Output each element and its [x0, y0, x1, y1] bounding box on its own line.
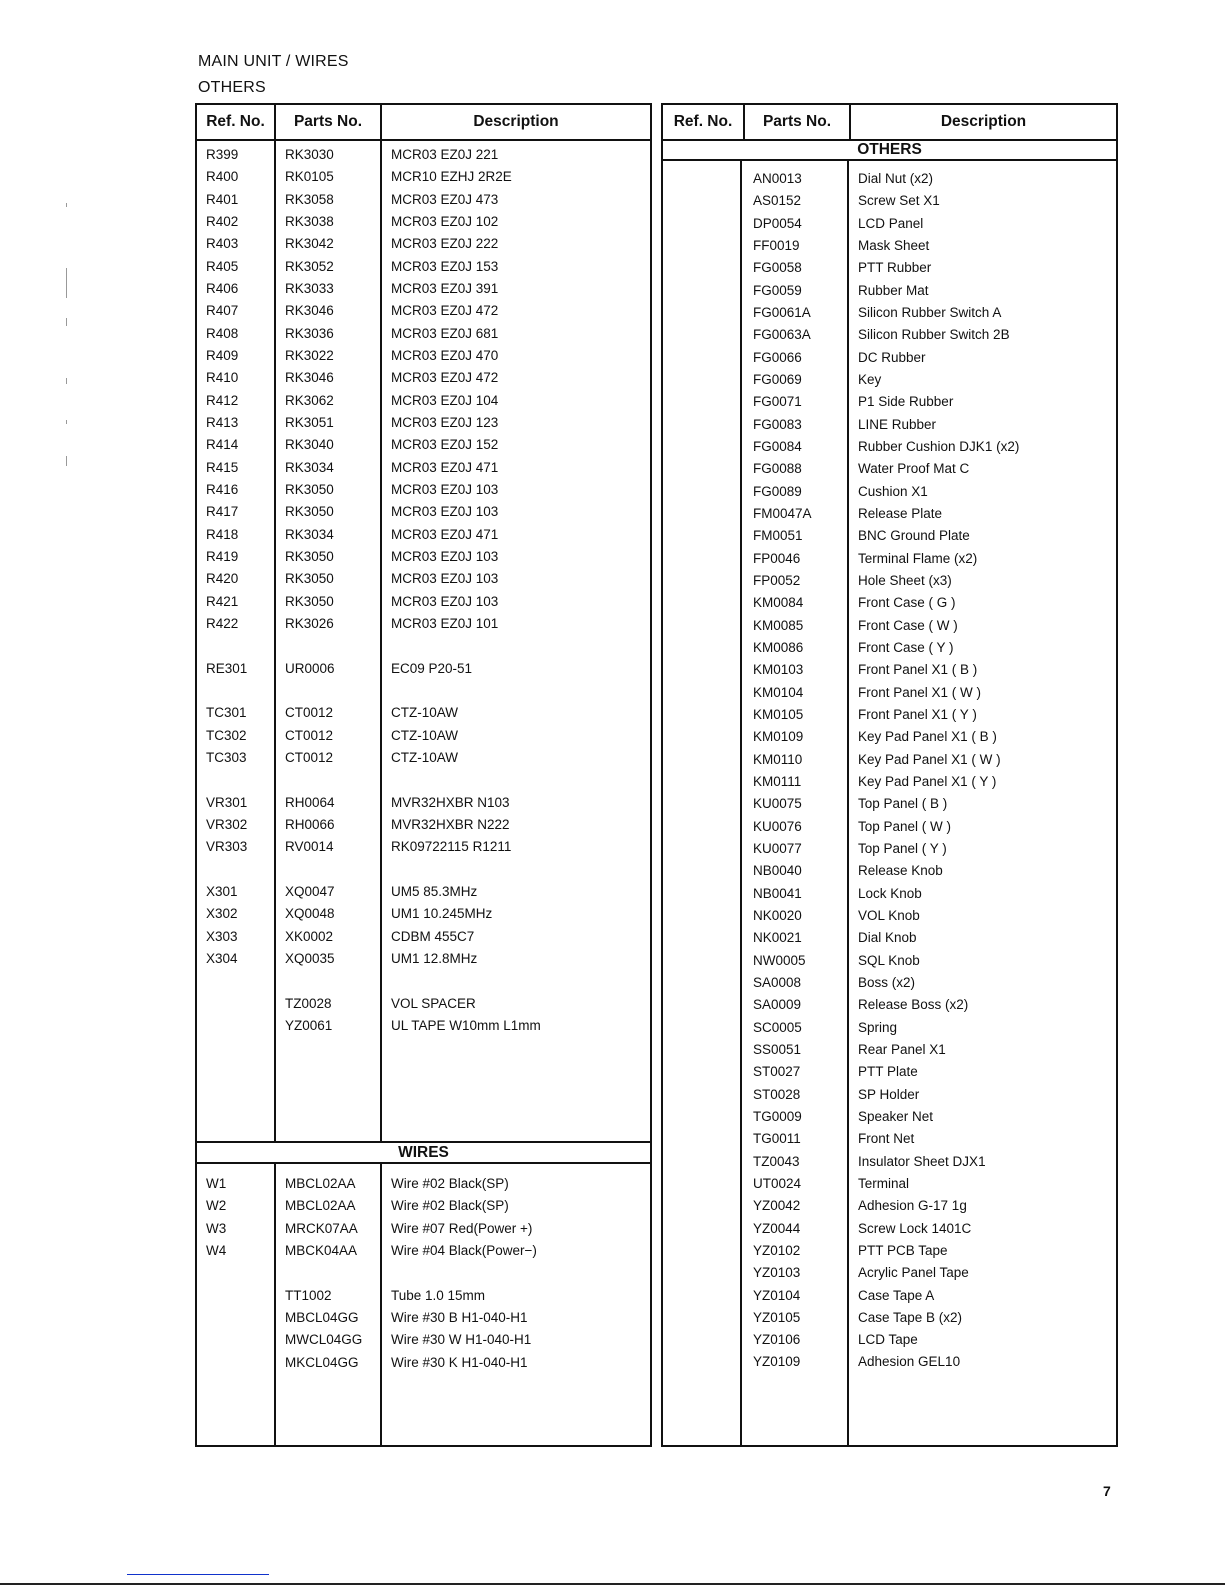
ref-no-cell: R408: [206, 323, 238, 345]
table-row: X301XQ0047UM5 85.3MHz: [197, 881, 650, 903]
table-row: DP0054LCD Panel: [663, 213, 1116, 235]
table-row: YZ0105Case Tape B (x2): [663, 1307, 1116, 1329]
ref-no-cell: R418: [206, 524, 238, 546]
parts-no-cell: KM0110: [753, 749, 802, 771]
description-cell: Acrylic Panel Tape: [858, 1262, 969, 1284]
table-row: [197, 970, 650, 992]
table-row: SA0009Release Boss (x2): [663, 994, 1116, 1016]
parts-no-cell: RH0066: [285, 814, 335, 836]
description-cell: Insulator Sheet DJX1: [858, 1151, 986, 1173]
table-row: KM0084Front Case ( G ): [663, 592, 1116, 614]
description-cell: MCR03 EZ0J 123: [391, 412, 498, 434]
description-cell: BNC Ground Plate: [858, 525, 970, 547]
parts-table-right: Ref. No. Parts No. Description OTHERS AN…: [661, 103, 1118, 1447]
table-row: FG0058PTT Rubber: [663, 257, 1116, 279]
table-row: NB0040Release Knob: [663, 860, 1116, 882]
table-row: TZ0043Insulator Sheet DJX1: [663, 1151, 1116, 1173]
description-cell: Key Pad Panel X1 ( W ): [858, 749, 1001, 771]
parts-no-cell: RK3022: [285, 345, 334, 367]
parts-no-cell: RH0064: [285, 792, 335, 814]
table-row: MWCL04GGWire #30 W H1-040-H1: [197, 1329, 650, 1351]
table-row: R408RK3036MCR03 EZ0J 681: [197, 323, 650, 345]
table-row: R418RK3034MCR03 EZ0J 471: [197, 524, 650, 546]
description-cell: VOL Knob: [858, 905, 920, 927]
table-row: KM0105Front Panel X1 ( Y ): [663, 704, 1116, 726]
description-cell: Wire #30 K H1-040-H1: [391, 1352, 528, 1374]
parts-no-cell: SS0051: [753, 1039, 801, 1061]
table-row: [197, 769, 650, 791]
ref-no-cell: R415: [206, 457, 238, 479]
description-cell: MCR03 EZ0J 153: [391, 256, 498, 278]
description-cell: Cushion X1: [858, 481, 928, 503]
table-row: NB0041Lock Knob: [663, 883, 1116, 905]
table-row: TC303CT0012CTZ-10AW: [197, 747, 650, 769]
table-row: R410RK3046MCR03 EZ0J 472: [197, 367, 650, 389]
description-cell: CTZ-10AW: [391, 747, 458, 769]
description-cell: Tube 1.0 15mm: [391, 1285, 485, 1307]
table-row: FG0083LINE Rubber: [663, 414, 1116, 436]
link-underline: [127, 1574, 269, 1575]
description-cell: Screw Lock 1401C: [858, 1218, 971, 1240]
parts-no-cell: RK3050: [285, 591, 334, 613]
ref-no-cell: R400: [206, 166, 238, 188]
table-row: AN0013Dial Nut (x2): [663, 168, 1116, 190]
parts-no-cell: UT0024: [753, 1173, 801, 1195]
parts-no-cell: FG0063A: [753, 324, 811, 346]
description-cell: UL TAPE W10mm L1mm: [391, 1015, 541, 1037]
description-cell: MCR03 EZ0J 103: [391, 591, 498, 613]
table-row: FP0052Hole Sheet (x3): [663, 570, 1116, 592]
table-row: KM0109Key Pad Panel X1 ( B ): [663, 726, 1116, 748]
ref-no-cell: R414: [206, 434, 238, 456]
description-cell: Silicon Rubber Switch A: [858, 302, 1001, 324]
parts-no-cell: FP0052: [753, 570, 800, 592]
ref-no-cell: RE301: [206, 658, 247, 680]
parts-no-cell: FG0066: [753, 347, 802, 369]
ref-no-cell: X301: [206, 881, 238, 903]
parts-no-cell: KM0111: [753, 771, 801, 793]
table-row: NW0005SQL Knob: [663, 950, 1116, 972]
description-cell: Terminal Flame (x2): [858, 548, 977, 570]
ref-no-cell: VR301: [206, 792, 247, 814]
table-row: FG0088Water Proof Mat C: [663, 458, 1116, 480]
description-cell: MCR03 EZ0J 102: [391, 211, 498, 233]
parts-no-cell: TT1002: [285, 1285, 332, 1307]
table-row: R412RK3062MCR03 EZ0J 104: [197, 390, 650, 412]
parts-no-cell: FG0089: [753, 481, 802, 503]
parts-no-cell: RK3050: [285, 568, 334, 590]
table-row: R401RK3058MCR03 EZ0J 473: [197, 189, 650, 211]
table-row: R400RK0105MCR10 EZHJ 2R2E: [197, 166, 650, 188]
table-row: TG0009Speaker Net: [663, 1106, 1116, 1128]
description-cell: Key: [858, 369, 881, 391]
parts-no-cell: RK3030: [285, 144, 334, 166]
table-row: FG0066DC Rubber: [663, 347, 1116, 369]
table-row: YZ0106LCD Tape: [663, 1329, 1116, 1351]
parts-no-cell: RK3026: [285, 613, 334, 635]
column-header-ref-no: Ref. No.: [663, 105, 743, 139]
table-row: YZ0042Adhesion G-17 1g: [663, 1195, 1116, 1217]
table-row: NK0021Dial Knob: [663, 927, 1116, 949]
table-row: FG0069Key: [663, 369, 1116, 391]
parts-no-cell: FG0058: [753, 257, 802, 279]
description-cell: UM1 10.245MHz: [391, 903, 492, 925]
ref-no-cell: R403: [206, 233, 238, 255]
table-row: R419RK3050MCR03 EZ0J 103: [197, 546, 650, 568]
parts-no-cell: TG0009: [753, 1106, 802, 1128]
parts-no-cell: FF0019: [753, 235, 800, 257]
table-row: YZ0104Case Tape A: [663, 1285, 1116, 1307]
description-cell: EC09 P20-51: [391, 658, 472, 680]
description-cell: P1 Side Rubber: [858, 391, 953, 413]
description-cell: Front Case ( Y ): [858, 637, 954, 659]
margin-mark: [66, 378, 67, 384]
description-cell: Front Net: [858, 1128, 914, 1150]
description-cell: MCR03 EZ0J 104: [391, 390, 498, 412]
parts-no-cell: SA0009: [753, 994, 801, 1016]
description-cell: MCR03 EZ0J 472: [391, 367, 498, 389]
parts-no-cell: KU0075: [753, 793, 802, 815]
parts-no-cell: RK3050: [285, 479, 334, 501]
parts-no-cell: RK3050: [285, 546, 334, 568]
table-row: R407RK3046MCR03 EZ0J 472: [197, 300, 650, 322]
parts-no-cell: KU0077: [753, 838, 802, 860]
parts-no-cell: YZ0061: [285, 1015, 332, 1037]
description-cell: Dial Nut (x2): [858, 168, 933, 190]
description-cell: Front Panel X1 ( B ): [858, 659, 977, 681]
ref-no-cell: W1: [206, 1173, 226, 1195]
table-row: R421RK3050MCR03 EZ0J 103: [197, 591, 650, 613]
parts-no-cell: MRCK07AA: [285, 1218, 358, 1240]
ref-no-cell: R422: [206, 613, 238, 635]
ref-no-cell: R401: [206, 189, 238, 211]
description-cell: MCR03 EZ0J 103: [391, 501, 498, 523]
table-row: R399RK3030MCR03 EZ0J 221: [197, 144, 650, 166]
column-header-parts-no: Parts No.: [276, 105, 380, 139]
table-row: FP0046Terminal Flame (x2): [663, 548, 1116, 570]
description-cell: Front Panel X1 ( Y ): [858, 704, 977, 726]
table-row: R402RK3038MCR03 EZ0J 102: [197, 211, 650, 233]
table-row: W3MRCK07AAWire #07 Red(Power +): [197, 1218, 650, 1240]
table-row: X302XQ0048UM1 10.245MHz: [197, 903, 650, 925]
ref-no-cell: W3: [206, 1218, 226, 1240]
description-cell: Wire #04 Black(Power−): [391, 1240, 537, 1262]
table-row: [197, 635, 650, 657]
parts-no-cell: FG0061A: [753, 302, 811, 324]
parts-no-cell: RK3046: [285, 367, 334, 389]
description-cell: UM1 12.8MHz: [391, 948, 477, 970]
parts-no-cell: YZ0102: [753, 1240, 800, 1262]
parts-no-cell: XQ0035: [285, 948, 335, 970]
table-row: W2MBCL02AAWire #02 Black(SP): [197, 1195, 650, 1217]
parts-no-cell: YZ0042: [753, 1195, 800, 1217]
parts-no-cell: KM0109: [753, 726, 803, 748]
description-cell: Front Panel X1 ( W ): [858, 682, 981, 704]
parts-no-cell: AS0152: [753, 190, 801, 212]
parts-no-cell: RV0014: [285, 836, 334, 858]
parts-no-cell: YZ0109: [753, 1351, 800, 1373]
description-cell: UM5 85.3MHz: [391, 881, 477, 903]
table-row: ST0027PTT Plate: [663, 1061, 1116, 1083]
margin-mark: [66, 318, 67, 326]
description-cell: MVR32HXBR N103: [391, 792, 510, 814]
table-row: YZ0103Acrylic Panel Tape: [663, 1262, 1116, 1284]
description-cell: MCR03 EZ0J 101: [391, 613, 498, 635]
ref-no-cell: R399: [206, 144, 238, 166]
ref-no-cell: W4: [206, 1240, 226, 1262]
description-cell: RK09722115 R1211: [391, 836, 511, 858]
table-row: [197, 1262, 650, 1284]
description-cell: CDBM 455C7: [391, 926, 474, 948]
parts-no-cell: CT0012: [285, 725, 333, 747]
page-number: 7: [1103, 1483, 1111, 1499]
parts-no-cell: FM0051: [753, 525, 803, 547]
table-row: W1MBCL02AAWire #02 Black(SP): [197, 1173, 650, 1195]
table-row: FG0071P1 Side Rubber: [663, 391, 1116, 413]
ref-no-cell: R402: [206, 211, 238, 233]
table-row: AS0152Screw Set X1: [663, 190, 1116, 212]
parts-no-cell: RK0105: [285, 166, 334, 188]
parts-no-cell: SC0005: [753, 1017, 802, 1039]
description-cell: Wire #07 Red(Power +): [391, 1218, 532, 1240]
ref-no-cell: R405: [206, 256, 238, 278]
parts-no-cell: CT0012: [285, 702, 333, 724]
parts-no-cell: RK3040: [285, 434, 334, 456]
parts-no-cell: XQ0048: [285, 903, 335, 925]
parts-no-cell: FG0088: [753, 458, 802, 480]
table-row: SA0008Boss (x2): [663, 972, 1116, 994]
description-cell: MCR03 EZ0J 103: [391, 479, 498, 501]
ref-no-cell: VR302: [206, 814, 247, 836]
column-header-ref-no: Ref. No.: [197, 105, 274, 139]
description-cell: Wire #30 B H1-040-H1: [391, 1307, 528, 1329]
table-row: KM0110Key Pad Panel X1 ( W ): [663, 749, 1116, 771]
parts-no-cell: MWCL04GG: [285, 1329, 362, 1351]
parts-no-cell: RK3042: [285, 233, 334, 255]
description-cell: Dial Knob: [858, 927, 917, 949]
parts-no-cell: NK0020: [753, 905, 802, 927]
description-cell: MCR03 EZ0J 222: [391, 233, 498, 255]
description-cell: MCR03 EZ0J 470: [391, 345, 498, 367]
description-cell: Adhesion G-17 1g: [858, 1195, 967, 1217]
parts-no-cell: FG0059: [753, 280, 802, 302]
table-row: KU0076Top Panel ( W ): [663, 816, 1116, 838]
table-row: R420RK3050MCR03 EZ0J 103: [197, 568, 650, 590]
description-cell: SP Holder: [858, 1084, 919, 1106]
description-cell: Silicon Rubber Switch 2B: [858, 324, 1010, 346]
description-cell: VOL SPACER: [391, 993, 476, 1015]
ref-no-cell: R407: [206, 300, 238, 322]
description-cell: Spring: [858, 1017, 897, 1039]
margin-mark: [66, 203, 67, 207]
table-row: KM0103Front Panel X1 ( B ): [663, 659, 1116, 681]
parts-no-cell: RK3052: [285, 256, 334, 278]
ref-no-cell: X302: [206, 903, 238, 925]
parts-no-cell: KM0104: [753, 682, 803, 704]
column-header-parts-no: Parts No.: [745, 105, 849, 139]
description-cell: MCR03 EZ0J 472: [391, 300, 498, 322]
section-title: MAIN UNIT / WIRES: [198, 53, 349, 71]
parts-no-cell: KM0085: [753, 615, 803, 637]
description-cell: Screw Set X1: [858, 190, 940, 212]
ref-no-cell: VR303: [206, 836, 247, 858]
table-row: FG0089Cushion X1: [663, 481, 1116, 503]
description-cell: DC Rubber: [858, 347, 926, 369]
table-row: R405RK3052MCR03 EZ0J 153: [197, 256, 650, 278]
parts-no-cell: MBCK04AA: [285, 1240, 357, 1262]
table-row: VR301RH0064MVR32HXBR N103: [197, 792, 650, 814]
ref-no-cell: TC303: [206, 747, 247, 769]
table-row: R406RK3033MCR03 EZ0J 391: [197, 278, 650, 300]
parts-no-cell: MBCL04GG: [285, 1307, 359, 1329]
parts-table-left: Ref. No. Parts No. Description R399RK303…: [195, 103, 652, 1447]
ref-no-cell: W2: [206, 1195, 226, 1217]
description-cell: Case Tape A: [858, 1285, 934, 1307]
description-cell: MCR03 EZ0J 391: [391, 278, 498, 300]
table-row: FM0051BNC Ground Plate: [663, 525, 1116, 547]
parts-no-cell: NK0021: [753, 927, 802, 949]
parts-no-cell: RK3058: [285, 189, 334, 211]
table-row: FG0061ASilicon Rubber Switch A: [663, 302, 1116, 324]
description-cell: Wire #02 Black(SP): [391, 1173, 509, 1195]
table-row: YZ0102PTT PCB Tape: [663, 1240, 1116, 1262]
table-row: KM0104Front Panel X1 ( W ): [663, 682, 1116, 704]
ref-no-cell: R421: [206, 591, 238, 613]
table-row: MBCL04GGWire #30 B H1-040-H1: [197, 1307, 650, 1329]
parts-no-cell: RK3034: [285, 524, 334, 546]
table-row: SS0051Rear Panel X1: [663, 1039, 1116, 1061]
column-header-description: Description: [851, 105, 1116, 139]
table-row: FG0059Rubber Mat: [663, 280, 1116, 302]
table-row: YZ0109Adhesion GEL10: [663, 1351, 1116, 1373]
parts-no-cell: YZ0106: [753, 1329, 800, 1351]
table-row: NK0020VOL Knob: [663, 905, 1116, 927]
description-cell: Front Case ( W ): [858, 615, 958, 637]
table-row: X304XQ0035UM1 12.8MHz: [197, 948, 650, 970]
description-cell: SQL Knob: [858, 950, 920, 972]
description-cell: MCR03 EZ0J 471: [391, 524, 498, 546]
description-cell: Mask Sheet: [858, 235, 929, 257]
subsection-title: OTHERS: [198, 79, 266, 97]
table-row: TC302CT0012CTZ-10AW: [197, 725, 650, 747]
parts-no-cell: RK3033: [285, 278, 334, 300]
description-cell: MVR32HXBR N222: [391, 814, 510, 836]
table-row: X303XK0002CDBM 455C7: [197, 926, 650, 948]
parts-no-cell: YZ0103: [753, 1262, 800, 1284]
table-row: TC301CT0012CTZ-10AW: [197, 702, 650, 724]
description-cell: Wire #02 Black(SP): [391, 1195, 509, 1217]
description-cell: MCR03 EZ0J 103: [391, 568, 498, 590]
table-row: R416RK3050MCR03 EZ0J 103: [197, 479, 650, 501]
description-cell: PTT Plate: [858, 1061, 918, 1083]
table-row: ST0028SP Holder: [663, 1084, 1116, 1106]
table-row: R417RK3050MCR03 EZ0J 103: [197, 501, 650, 523]
description-cell: MCR03 EZ0J 152: [391, 434, 498, 456]
description-cell: Water Proof Mat C: [858, 458, 969, 480]
table-row: [197, 680, 650, 702]
description-cell: Top Panel ( B ): [858, 793, 947, 815]
table-row: R414RK3040MCR03 EZ0J 152: [197, 434, 650, 456]
parts-no-cell: RK3046: [285, 300, 334, 322]
parts-no-cell: XK0002: [285, 926, 333, 948]
parts-no-cell: TG0011: [753, 1128, 801, 1150]
description-cell: MCR03 EZ0J 471: [391, 457, 498, 479]
table-row: KM0085Front Case ( W ): [663, 615, 1116, 637]
table-row: R409RK3022MCR03 EZ0J 470: [197, 345, 650, 367]
description-cell: Boss (x2): [858, 972, 915, 994]
parts-no-cell: NB0041: [753, 883, 802, 905]
table-row: VR303RV0014RK09722115 R1211: [197, 836, 650, 858]
parts-no-cell: NB0040: [753, 860, 802, 882]
table-row: KM0086Front Case ( Y ): [663, 637, 1116, 659]
ref-no-cell: R419: [206, 546, 238, 568]
parts-no-cell: FG0069: [753, 369, 802, 391]
description-cell: Release Knob: [858, 860, 943, 882]
description-cell: Terminal: [858, 1173, 909, 1195]
parts-no-cell: CT0012: [285, 747, 333, 769]
parts-no-cell: RK3034: [285, 457, 334, 479]
parts-no-cell: RK3062: [285, 390, 334, 412]
ref-no-cell: R420: [206, 568, 238, 590]
description-cell: MCR03 EZ0J 103: [391, 546, 498, 568]
ref-no-cell: TC302: [206, 725, 247, 747]
parts-no-cell: RK3050: [285, 501, 334, 523]
ref-no-cell: R409: [206, 345, 238, 367]
parts-no-cell: MKCL04GG: [285, 1352, 359, 1374]
description-cell: Wire #30 W H1-040-H1: [391, 1329, 531, 1351]
ref-no-cell: R412: [206, 390, 238, 412]
parts-no-cell: TZ0028: [285, 993, 332, 1015]
parts-no-cell: FG0084: [753, 436, 802, 458]
parts-no-cell: ST0028: [753, 1084, 800, 1106]
description-cell: PTT PCB Tape: [858, 1240, 948, 1262]
table-row: FG0063ASilicon Rubber Switch 2B: [663, 324, 1116, 346]
table-row: R413RK3051MCR03 EZ0J 123: [197, 412, 650, 434]
ref-no-cell: R417: [206, 501, 238, 523]
parts-no-cell: MBCL02AA: [285, 1173, 356, 1195]
table-row: SC0005Spring: [663, 1017, 1116, 1039]
margin-mark: [66, 420, 67, 424]
parts-no-cell: YZ0104: [753, 1285, 800, 1307]
table-row: [197, 859, 650, 881]
ref-no-cell: X304: [206, 948, 238, 970]
parts-no-cell: YZ0044: [753, 1218, 800, 1240]
table-row: VR302RH0066MVR32HXBR N222: [197, 814, 650, 836]
parts-no-cell: YZ0105: [753, 1307, 800, 1329]
description-cell: Hole Sheet (x3): [858, 570, 952, 592]
parts-no-cell: NW0005: [753, 950, 806, 972]
parts-no-cell: XQ0047: [285, 881, 335, 903]
parts-no-cell: DP0054: [753, 213, 802, 235]
margin-mark: [66, 268, 67, 298]
table-row: TZ0028VOL SPACER: [197, 993, 650, 1015]
parts-no-cell: KM0084: [753, 592, 803, 614]
description-cell: Key Pad Panel X1 ( Y ): [858, 771, 996, 793]
table-row: YZ0044Screw Lock 1401C: [663, 1218, 1116, 1240]
parts-no-cell: FG0071: [753, 391, 802, 413]
parts-no-cell: MBCL02AA: [285, 1195, 356, 1217]
table-row: FF0019Mask Sheet: [663, 235, 1116, 257]
description-cell: Release Plate: [858, 503, 942, 525]
description-cell: Case Tape B (x2): [858, 1307, 962, 1329]
margin-mark: [66, 456, 67, 466]
ref-no-cell: R416: [206, 479, 238, 501]
wires-section-label: WIRES: [197, 1142, 650, 1164]
parts-no-cell: FM0047A: [753, 503, 812, 525]
description-cell: LCD Panel: [858, 213, 923, 235]
ref-no-cell: R410: [206, 367, 238, 389]
parts-no-cell: AN0013: [753, 168, 802, 190]
